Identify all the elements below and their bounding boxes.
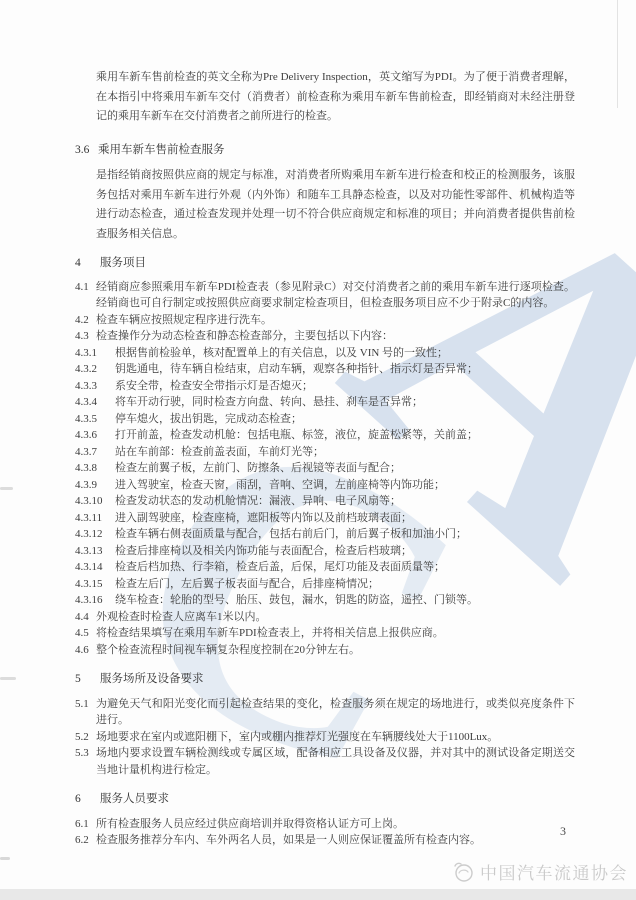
- clause-item: 6.2 检查服务推荐分车内、车外两名人员，如果是一人则应保证覆盖所有检查内容。: [75, 832, 575, 849]
- clause-number: 4.3: [75, 328, 96, 345]
- clause-number: 5.3: [75, 745, 96, 778]
- association-name: 中国汽车流通协会: [480, 859, 628, 884]
- clause-item: 5.3 场地内要求设置车辆检测线或专属区域，配备相应工具设备及仪器，并对其中的测…: [75, 745, 575, 778]
- clause-number: 6.1: [75, 816, 96, 833]
- clause-item: 4.3 检查操作分为动态检查和静态检查部分，主要包括以下内容：: [75, 328, 575, 345]
- clause-number: 4.3.2: [75, 361, 115, 378]
- clause-item: 4.3.8 检查左前翼子板，左前门、防擦条、后视镜等表面与配合；: [75, 460, 575, 477]
- clause-text: 根据售前检验单，核对配置单上的有关信息，以及 VIN 号的一致性；: [115, 345, 575, 362]
- clause-number: 4.5: [75, 625, 96, 642]
- clause-item: 4.3.4 将车开动行驶，同时检查方向盘、转向、悬挂、刹车是否异常；: [75, 394, 575, 411]
- clause-text: 场地要求在室内或遮阳棚下，室内或棚内推荐灯光强度在车辆腰线处大于1100Lux。: [96, 729, 575, 746]
- clause-item: 5.1 为避免天气和阳光变化而引起检查结果的变化，检查服务须在规定的场地进行，或…: [75, 696, 575, 729]
- clause-item: 4.3.10 检查发动状态的发动机舱情况：漏液、异响、电子风扇等；: [75, 493, 575, 510]
- clause-item: 4.3.11 进入副驾驶座，检查座椅，遮阳板等内饰以及前档玻璃表面；: [75, 510, 575, 527]
- clause-item: 4.3.9 进入驾驶室，检查天窗，雨刮，音响、空调，左前座椅等内饰功能；: [75, 477, 575, 494]
- clause-number: 4.3.1: [75, 345, 115, 362]
- section-title: 服务项目: [100, 254, 146, 274]
- clause-number: 4.4: [75, 609, 96, 626]
- clause-3-6-heading: 3.6 乘用车新车售前检查服务: [75, 141, 575, 161]
- section-number: 4: [75, 254, 100, 274]
- clause-number: 4.3.8: [75, 460, 115, 477]
- clause-number: 4.3.7: [75, 444, 115, 461]
- clause-item: 4.3.15 检查左后门，左后翼子板表面与配合，后排座椅情况；: [75, 576, 575, 593]
- clause-title: 乘用车新车售前检查服务: [98, 141, 225, 161]
- clause-number: 4.3.10: [75, 493, 115, 510]
- scanned-document-page: C A 乘用车新车售前检查的英文全称为Pre Delivery Inspecti…: [0, 0, 636, 900]
- clause-item: 4.3.2 钥匙通电，待车辆自检结束，启动车辆，观察各种指针、指示灯是否异常；: [75, 361, 575, 378]
- scan-edge-band: [0, 889, 636, 900]
- document-content: 乘用车新车售前检查的英文全称为Pre Delivery Inspection，英…: [75, 68, 575, 849]
- scan-artifact: [0, 677, 16, 680]
- clause-item: 4.3.3 系安全带，检查安全带指示灯是否熄灭；: [75, 378, 575, 395]
- scan-edge-line: [617, 0, 618, 108]
- clause-text: 检查左前翼子板，左前门、防擦条、后视镜等表面与配合；: [115, 460, 575, 477]
- clause-item: 4.3.1 根据售前检验单，核对配置单上的有关信息，以及 VIN 号的一致性；: [75, 345, 575, 362]
- clause-item: 4.2 检查车辆应按照规定程序进行洗车。: [75, 312, 575, 329]
- section-4-heading: 4 服务项目: [75, 254, 575, 274]
- clause-text: 检查操作分为动态检查和静态检查部分，主要包括以下内容：: [96, 328, 575, 345]
- section-number: 6: [75, 790, 100, 810]
- clause-text: 绕车检查：轮胎的型号、胎压、鼓包，漏水，钥匙的防盗，遥控、门锁等。: [115, 592, 575, 609]
- page-number: 3: [560, 824, 566, 839]
- clause-text: 将检查结果填写在乘用车新车PDI检查表上，并将相关信息上报供应商。: [96, 625, 575, 642]
- clause-number: 4.2: [75, 312, 96, 329]
- clause-number: 4.3.5: [75, 411, 115, 428]
- section-6-clause-list: 6.1 所有检查服务人员应经过供应商培训并取得资格认证方可上岗。 6.2 检查服…: [75, 816, 575, 849]
- scan-artifact: [0, 487, 13, 490]
- clause-text: 检查车辆右侧表面质量与配合，包括右前后门，前后翼子板和加油小门；: [115, 526, 575, 543]
- clause-text: 场地内要求设置车辆检测线或专属区域，配备相应工具设备及仪器，并对其中的测试设备定…: [96, 745, 575, 778]
- section-title: 服务场所及设备要求: [100, 670, 204, 690]
- cada-emblem-icon: [451, 860, 475, 884]
- clause-number: 4.3.9: [75, 477, 115, 494]
- clause-item: 4.4 外观检查时检查人应离车1米以内。: [75, 609, 575, 626]
- section-5-heading: 5 服务场所及设备要求: [75, 670, 575, 690]
- clause-text: 进入驾驶室，检查天窗，雨刮，音响、空调，左前座椅等内饰功能；: [115, 477, 575, 494]
- scan-artifact: [0, 857, 10, 860]
- clause-number: 4.3.11: [75, 510, 115, 527]
- clause-text: 为避免天气和阳光变化而引起检查结果的变化，检查服务须在规定的场地进行，或类似亮度…: [96, 696, 575, 729]
- clause-item: 5.2 场地要求在室内或遮阳棚下，室内或棚内推荐灯光强度在车辆腰线处大于1100…: [75, 729, 575, 746]
- clause-number: 5.1: [75, 696, 96, 729]
- clause-number: 5.2: [75, 729, 96, 746]
- clause-number: 4.3.16: [75, 592, 115, 609]
- clause-text: 站在车前部：检查前盖表面，车前灯光等；: [115, 444, 575, 461]
- clause-text: 打开前盖，检查发动机舱：包括电瓶、标签，液位，旋盖松紧等，关前盖；: [115, 427, 575, 444]
- clause-item: 4.3.13 检查后排座椅以及相关内饰功能与表面配合，检查后档玻璃；: [75, 543, 575, 560]
- clause-number: 4.3.15: [75, 576, 115, 593]
- clause-number: 6.2: [75, 832, 96, 849]
- clause-text: 检查发动状态的发动机舱情况：漏液、异响、电子风扇等；: [115, 493, 575, 510]
- clause-number: 3.6: [75, 141, 98, 161]
- clause-text: 检查后档加热、行李箱，检查后盖，后保，尾灯功能及表面质量等；: [115, 559, 575, 576]
- clause-number: 4.3.12: [75, 526, 115, 543]
- clause-number: 4.3.4: [75, 394, 115, 411]
- section-5-clause-list: 5.1 为避免天气和阳光变化而引起检查结果的变化，检查服务须在规定的场地进行，或…: [75, 696, 575, 779]
- clause-number: 4.3.3: [75, 378, 115, 395]
- clause-text: 钥匙通电，待车辆自检结束，启动车辆，观察各种指针、指示灯是否异常；: [115, 361, 575, 378]
- intro-paragraph: 乘用车新车售前检查的英文全称为Pre Delivery Inspection，英…: [96, 68, 575, 127]
- clause-text: 检查服务推荐分车内、车外两名人员，如果是一人则应保证覆盖所有检查内容。: [96, 832, 575, 849]
- clause-text: 进入副驾驶座，检查座椅，遮阳板等内饰以及前档玻璃表面；: [115, 510, 575, 527]
- clause-text: 整个检查流程时间视车辆复杂程度控制在20分钟左右。: [96, 642, 575, 659]
- clause-text: 所有检查服务人员应经过供应商培训并取得资格认证方可上岗。: [96, 816, 575, 833]
- clause-text: 停车熄火，拔出钥匙，完成动态检查；: [115, 411, 575, 428]
- section-number: 5: [75, 670, 100, 690]
- clause-text: 系安全带，检查安全带指示灯是否熄灭；: [115, 378, 575, 395]
- clause-number: 4.3.14: [75, 559, 115, 576]
- clause-item: 4.6 整个检查流程时间视车辆复杂程度控制在20分钟左右。: [75, 642, 575, 659]
- footer-brand: 中国汽车流通协会: [451, 859, 628, 884]
- clause-number: 4.1: [75, 279, 96, 312]
- clause-item: 6.1 所有检查服务人员应经过供应商培训并取得资格认证方可上岗。: [75, 816, 575, 833]
- clause-text: 外观检查时检查人应离车1米以内。: [96, 609, 575, 626]
- section-6-heading: 6 服务人员要求: [75, 790, 575, 810]
- clause-text: 经销商应参照乘用车新车PDI检查表（参见附录C）对交付消费者之前的乘用车新车进行…: [96, 279, 575, 312]
- clause-item: 4.3.6 打开前盖，检查发动机舱：包括电瓶、标签，液位，旋盖松紧等，关前盖；: [75, 427, 575, 444]
- clause-item: 4.3.16 绕车检查：轮胎的型号、胎压、鼓包，漏水，钥匙的防盗，遥控、门锁等。: [75, 592, 575, 609]
- clause-item: 4.3.5 停车熄火，拔出钥匙，完成动态检查；: [75, 411, 575, 428]
- clause-number: 4.6: [75, 642, 96, 659]
- clause-text: 检查后排座椅以及相关内饰功能与表面配合，检查后档玻璃；: [115, 543, 575, 560]
- clause-3-6-body: 是指经销商按照供应商的规定与标准，对消费者所购乘用车新车进行检查和校正的检测服务…: [96, 166, 575, 244]
- clause-text: 检查车辆应按照规定程序进行洗车。: [96, 312, 575, 329]
- clause-item: 4.3.14 检查后档加热、行李箱，检查后盖，后保，尾灯功能及表面质量等；: [75, 559, 575, 576]
- clause-item: 4.3.12 检查车辆右侧表面质量与配合，包括右前后门，前后翼子板和加油小门；: [75, 526, 575, 543]
- section-title: 服务人员要求: [100, 790, 169, 810]
- clause-number: 4.3.6: [75, 427, 115, 444]
- clause-item: 4.1 经销商应参照乘用车新车PDI检查表（参见附录C）对交付消费者之前的乘用车…: [75, 279, 575, 312]
- clause-text: 检查左后门，左后翼子板表面与配合，后排座椅情况；: [115, 576, 575, 593]
- clause-item: 4.5 将检查结果填写在乘用车新车PDI检查表上，并将相关信息上报供应商。: [75, 625, 575, 642]
- clause-item: 4.3.7 站在车前部：检查前盖表面，车前灯光等；: [75, 444, 575, 461]
- clause-number: 4.3.13: [75, 543, 115, 560]
- section-4-clause-list: 4.1 经销商应参照乘用车新车PDI检查表（参见附录C）对交付消费者之前的乘用车…: [75, 279, 575, 659]
- clause-text: 将车开动行驶，同时检查方向盘、转向、悬挂、刹车是否异常；: [115, 394, 575, 411]
